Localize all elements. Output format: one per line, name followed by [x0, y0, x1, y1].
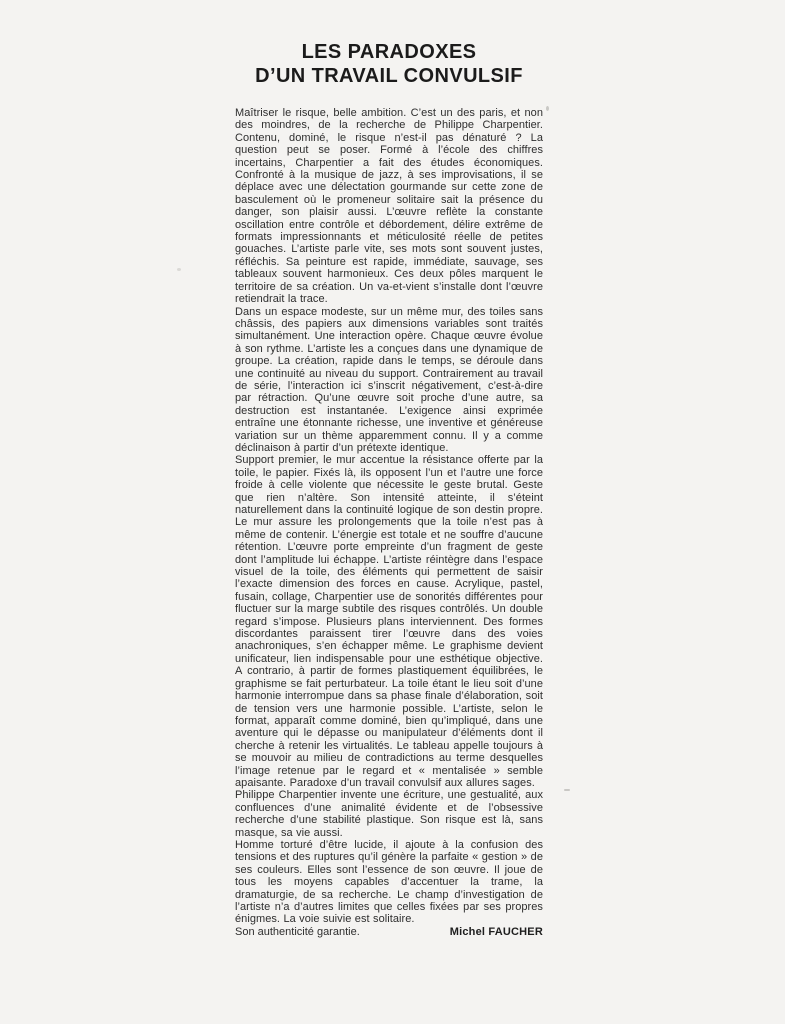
- article-paragraph: Support premier, le mur accentue la rési…: [235, 454, 543, 789]
- article-column: LES PARADOXESD’UN TRAVAIL CONVULSIF Maît…: [235, 40, 543, 938]
- scan-speck: [564, 789, 570, 791]
- article-paragraph: Philippe Charpentier invente une écritur…: [235, 789, 543, 839]
- scan-speck: [177, 268, 181, 271]
- scan-speck: [546, 106, 549, 111]
- article-body: Maîtriser le risque, belle ambition. C’e…: [235, 107, 543, 926]
- closing-line: Son authenticité garantie. Michel FAUCHE…: [235, 926, 543, 938]
- article-paragraph: Dans un espace modeste, sur un même mur,…: [235, 306, 543, 455]
- article-title: LES PARADOXESD’UN TRAVAIL CONVULSIF: [235, 40, 543, 88]
- article-paragraph: Maîtriser le risque, belle ambition. C’e…: [235, 107, 543, 306]
- article-paragraph: Homme torturé d’être lucide, il ajoute à…: [235, 839, 543, 926]
- author-signature: Michel FAUCHER: [450, 926, 543, 938]
- title-line-2: D’UN TRAVAIL CONVULSIF: [255, 65, 523, 87]
- scanned-page: LES PARADOXESD’UN TRAVAIL CONVULSIF Maît…: [0, 0, 785, 1024]
- title-line-1: LES PARADOXES: [302, 41, 477, 63]
- closing-text: Son authenticité garantie.: [235, 926, 360, 938]
